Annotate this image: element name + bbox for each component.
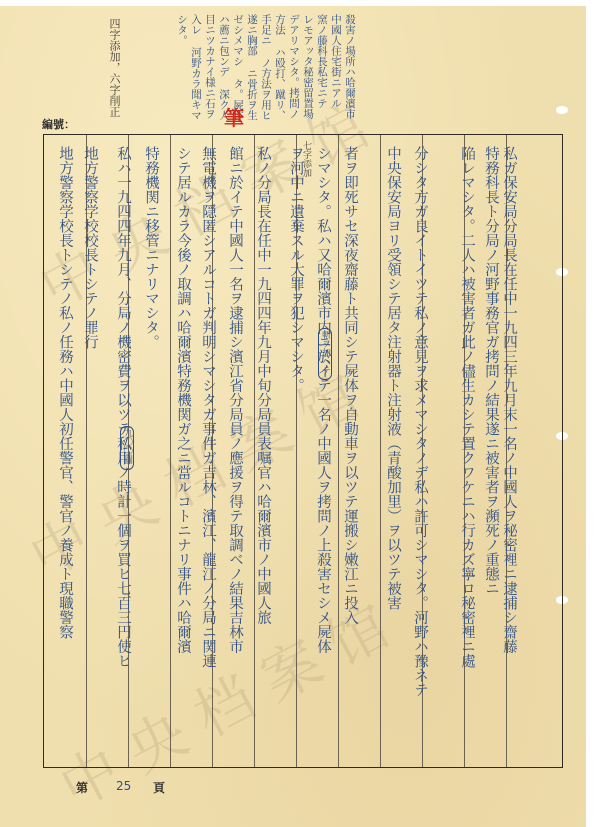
text-column: 中央保安局ヨリ受領シテ居タ注射器ト注射液（青酸加里）ヲ以ツテ被害: [380, 146, 406, 761]
text-column: 分シタ方ガ良イトイツテ私ノ意見ヲ求メマシタノデ私ハ許可シマシタ。河野ハ豫ネテ: [407, 146, 433, 761]
page-number: 25: [116, 779, 131, 793]
text-column: 館ニ於イテ中國人一名ヲ逮捕シ濱江省分局員ノ應援ヲ得テ取調ベノ結果吉林市: [222, 146, 248, 761]
archive-page: 中央档案馆 中央档案馆 中央档案馆 四字添加，六字削正 殺害ノ場所ハ哈爾濱市中國…: [0, 6, 586, 827]
text-column: 特務機関ニ移管ニナリマシタ。: [138, 146, 164, 761]
text-column: シテ居ルカラ今後ノ取調ハ哈爾濱特務機関ガ之ニ當ルコトニナリ事件ハ哈爾濱: [170, 146, 196, 761]
section-heading-column: 地方警察学校校長トシテノ罪行: [77, 146, 103, 761]
page-suffix: 頁: [153, 779, 165, 796]
text-column: 無電機ヲ隠匿シアルコトガ判明シマシタガ事件ガ吉林、濱江、龍江ノ分局ニ関連: [195, 146, 221, 761]
correction-count-note: 四字添加，六字削正: [108, 18, 121, 128]
text-column: 特務科長ト分局ノ河野事務官ガ拷問ノ結果遂ニ被害者ヲ瀕死ノ重態ニ: [478, 146, 504, 761]
text-column: ヲ河中ニ遺棄スル大罪ヲ犯シマシタ。: [283, 146, 309, 761]
page-prefix: 第: [76, 779, 88, 796]
text-column: 私ノ分局長在任中一九四四年九月中旬分局員表嘱官ハ哈爾濱市ノ中國人旅: [250, 146, 276, 761]
handwritten-insertion-note: 殺害ノ場所ハ哈爾濱市中國人住宅街ニアル 窯ノ藤科長私宅ニテ レモアッタ秘密留置場…: [175, 14, 357, 129]
text-column: 者ヲ即死サセ深夜齋藤ト共同シテ屍体ヲ自動車ヲ以ツテ運搬シ嫩江ニ投入: [337, 146, 363, 761]
text-column: シマシタ。私ハ又哈爾濱市内ニ於イテ一名ノ中國人ヲ拷問ノ上殺害セシメ屍体: [310, 146, 336, 761]
inline-correction-note: 九〇〇圓: [120, 426, 134, 470]
edition-number-label: 編號：: [42, 116, 75, 132]
text-column: 地方警察学校長トシテノ私ノ任務ハ中國人初任警官、警官ノ養成ト現職警察: [52, 146, 78, 761]
red-ink-mark: 筆: [224, 102, 244, 131]
inline-correction-note: 斬ヲ加ヘテ: [318, 328, 332, 380]
text-column: 陥レマシタ。二人ハ被害者ガ此ノ儘生カシテ置クワケニハ行カズ寧ロ秘密裡ニ處: [454, 146, 480, 761]
punch-hole: [556, 106, 568, 114]
